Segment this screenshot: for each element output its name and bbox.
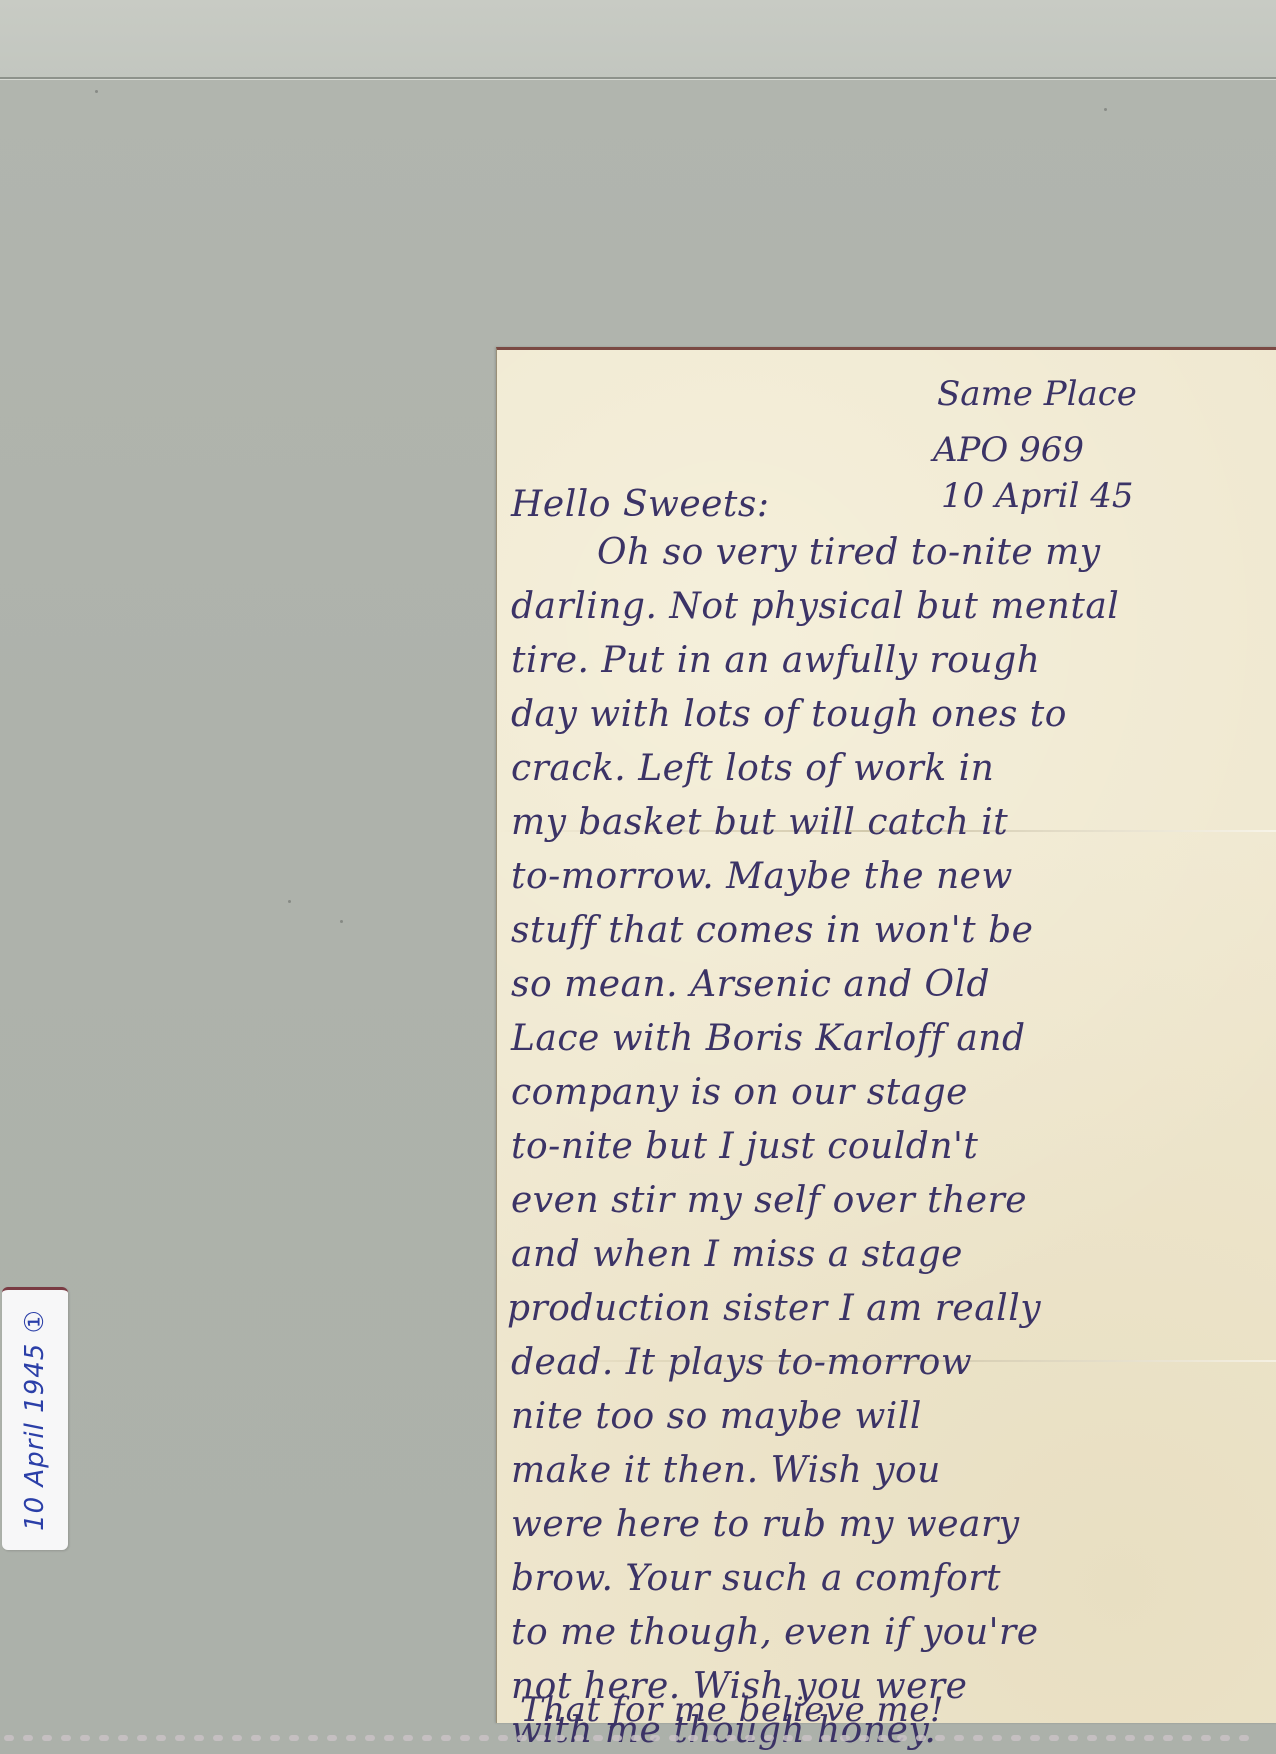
perforation — [61, 1735, 71, 1741]
perforation — [992, 1735, 1002, 1741]
letter-line: darling. Not physical but mental — [511, 586, 1119, 627]
letter-line: make it then. Wish you — [511, 1450, 941, 1491]
letter-line: nite too so maybe will — [511, 1396, 922, 1437]
perforation — [118, 1735, 128, 1741]
dust-speck — [95, 90, 98, 93]
archive-date-label: 10 April 1945 ① — [20, 1309, 50, 1531]
letter-line: tire. Put in an awfully rough — [511, 640, 1040, 681]
perforation — [1125, 1735, 1135, 1741]
perforation — [1030, 1735, 1040, 1741]
perforation — [631, 1735, 641, 1741]
letter-page: Same Place APO 969 10 April 45 Hello Swe… — [496, 347, 1276, 1723]
perforation — [840, 1735, 850, 1741]
perforation — [745, 1735, 755, 1741]
dust-speck — [340, 920, 343, 923]
perforation — [327, 1735, 337, 1741]
perforation — [99, 1735, 109, 1741]
letter-line: to me though, even if you're — [511, 1612, 1039, 1653]
letter-line: even stir my self over there — [511, 1180, 1027, 1221]
perforation — [4, 1735, 14, 1741]
perforation — [1163, 1735, 1173, 1741]
perforation — [707, 1735, 717, 1741]
perforation — [232, 1735, 242, 1741]
perforation — [498, 1735, 508, 1741]
letter-salutation: Hello Sweets: — [511, 484, 770, 525]
perforation — [1106, 1735, 1116, 1741]
perforation — [1144, 1735, 1154, 1741]
perforation — [593, 1735, 603, 1741]
perforation — [1239, 1735, 1249, 1741]
perforation — [213, 1735, 223, 1741]
perforation — [1182, 1735, 1192, 1741]
perforation — [726, 1735, 736, 1741]
perforation — [1068, 1735, 1078, 1741]
perforation — [194, 1735, 204, 1741]
perforation — [973, 1735, 983, 1741]
perforation — [1087, 1735, 1097, 1741]
letter-line: crack. Left lots of work in — [511, 748, 994, 789]
dust-speck — [288, 900, 291, 903]
perforation — [802, 1735, 812, 1741]
perforation — [23, 1735, 33, 1741]
letter-line: were here to rub my weary — [511, 1504, 1020, 1545]
perforation — [289, 1735, 299, 1741]
archive-date-tab: 10 April 1945 ① — [2, 1287, 68, 1550]
letter-line: and when I miss a stage — [511, 1234, 963, 1275]
perforation — [916, 1735, 926, 1741]
perforation — [878, 1735, 888, 1741]
perforation — [555, 1735, 565, 1741]
perforation — [536, 1735, 546, 1741]
perforation — [612, 1735, 622, 1741]
perforation — [688, 1735, 698, 1741]
letter-line: dead. It plays to-morrow — [511, 1342, 972, 1383]
letter-location: Same Place — [937, 374, 1137, 414]
perforation — [517, 1735, 527, 1741]
perforation — [175, 1735, 185, 1741]
letter-line: to-nite but I just couldn't — [511, 1126, 978, 1167]
perforation — [251, 1735, 261, 1741]
perforation — [42, 1735, 52, 1741]
perforation — [764, 1735, 774, 1741]
perforation — [783, 1735, 793, 1741]
sleeve-perforation-strip — [0, 1735, 1276, 1743]
perforation — [403, 1735, 413, 1741]
perforation — [365, 1735, 375, 1741]
perforation — [460, 1735, 470, 1741]
letter-date: 10 April 45 — [941, 476, 1133, 516]
perforation — [137, 1735, 147, 1741]
perforation — [384, 1735, 394, 1741]
perforation — [1201, 1735, 1211, 1741]
perforation — [574, 1735, 584, 1741]
sleeve-top-band — [0, 0, 1276, 78]
letter-apo: APO 969 — [933, 430, 1084, 470]
letter-line: to-morrow. Maybe the new — [511, 856, 1013, 897]
perforation — [954, 1735, 964, 1741]
perforation — [669, 1735, 679, 1741]
perforation — [156, 1735, 166, 1741]
perforation — [270, 1735, 280, 1741]
perforation — [821, 1735, 831, 1741]
perforation — [308, 1735, 318, 1741]
perforation — [1220, 1735, 1230, 1741]
perforation — [422, 1735, 432, 1741]
dust-speck — [1104, 108, 1107, 111]
perforation — [1049, 1735, 1059, 1741]
perforation — [935, 1735, 945, 1741]
perforation — [650, 1735, 660, 1741]
perforation — [441, 1735, 451, 1741]
letter-line: Lace with Boris Karloff and — [511, 1018, 1026, 1059]
letter-line: company is on our stage — [511, 1072, 968, 1113]
letter-line: my basket but will catch it — [511, 802, 1008, 843]
letter-line: stuff that comes in won't be — [511, 910, 1033, 951]
letter-line: production sister I am really — [507, 1288, 1041, 1329]
perforation — [859, 1735, 869, 1741]
letter-line: day with lots of tough ones to — [511, 694, 1067, 735]
perforation — [479, 1735, 489, 1741]
perforation — [346, 1735, 356, 1741]
perforation — [80, 1735, 90, 1741]
letter-line: brow. Your such a comfort — [511, 1558, 1001, 1599]
letter-line: Oh so very tired to-nite my — [597, 532, 1101, 573]
letter-line: That for me believe me! — [520, 1690, 944, 1730]
letter-line: so mean. Arsenic and Old — [511, 964, 990, 1005]
perforation — [897, 1735, 907, 1741]
perforation — [1011, 1735, 1021, 1741]
